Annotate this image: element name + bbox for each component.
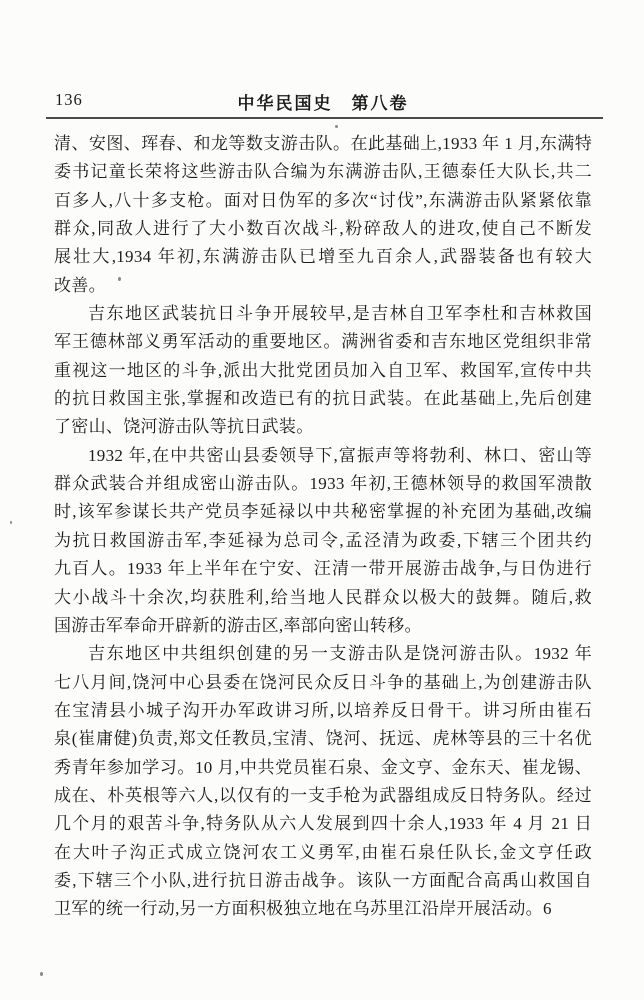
scan-speck [118,277,121,281]
text-line: 的抗日救国主张,掌握和改造已有的抗日武装。在此基础上,先后创建 [54,385,592,413]
text-line: 泉(崔庸健)负责,郑文任教员,宝清、饶河、抚远、虎林等县的三十名优 [54,725,592,753]
text-line: 为抗日救国游击军,李延禄为总司令,孟泾清为政委,下辖三个团共约 [54,527,592,555]
running-title: 中华民国史 第八卷 [54,89,592,114]
text-line: 清、安图、珲春、和龙等数支游击队。在此基础上,1933 年 1 月,东满特 [54,130,592,158]
text-line: 群众,同敌人进行了大小数百次战斗,粉碎敌人的进攻,使自己不断发 [54,215,592,243]
text-line: 吉东地区中共组织创建的另一支游击队是饶河游击队。1932 年 [54,640,592,668]
text-line: 秀青年参加学习。10 月,中共党员崔石泉、金文亨、金东天、崔龙锡、许 [54,754,592,782]
text-line: 展壮大,1934 年初,东满游击队已增至九百余人,武器装备也有较大 [54,243,592,271]
scan-speck [335,125,338,128]
text-line: 吉东地区武装抗日斗争开展较早,是吉林自卫军李杜和吉林救国 [54,300,592,328]
text-line: 百多人,八十多支枪。面对日伪军的多次“讨伐”,东满游击队紧紧依靠 [54,187,592,215]
text-line: 时,该军参谋长共产党员李延禄以中共秘密掌握的补充团为基础,改编 [54,498,592,526]
page-header: 136 中华民国史 第八卷 [54,89,592,113]
scanned-book-page: 136 中华民国史 第八卷 清、安图、珲春、和龙等数支游击队。在此基础上,193… [0,0,644,1000]
text-line: 委,下辖三个小队,进行抗日游击战争。该队一方面配合高禹山救国自 [54,867,592,895]
body-text: 清、安图、珲春、和龙等数支游击队。在此基础上,1933 年 1 月,东满特委书记… [54,130,592,924]
header-rule [46,117,603,119]
text-line: 重视这一地区的斗争,派出大批党团员加入自卫军、救国军,宣传中共 [54,357,592,385]
text-line: 在大叶子沟正式成立饶河农工义勇军,由崔石泉任队长,金文亨任政 [54,839,592,867]
text-line: 国游击军奉命开辟新的游击区,率部向密山转移。 [54,612,592,640]
text-line: 委书记童长荣将这些游击队合编为东满游击队,王德泰任大队长,共二 [54,158,592,186]
text-line: 群众武装合并组成密山游击队。1933 年初,王德林领导的救国军溃散 [54,470,592,498]
text-line: 改善。 [54,272,592,300]
text-line: 大小战斗十余次,均获胜利,给当地人民群众以极大的鼓舞。随后,救 [54,584,592,612]
text-line: 成在、朴英根等六人,以仅有的一支手枪为武器组成反日特务队。经过 [54,782,592,810]
text-line: 在宝清县小城子沟开办军政讲习所,以培养反日骨干。讲习所由崔石 [54,697,592,725]
text-line: 九百人。1933 年上半年在宁安、汪清一带开展游击战争,与日伪进行 [54,555,592,583]
text-line: 七八月间,饶河中心县委在饶河民众反日斗争的基础上,为创建游击队 [54,669,592,697]
text-line: 了密山、饶河游击队等抗日武装。 [54,413,592,441]
text-line: 几个月的艰苦斗争,特务队从六人发展到四十余人,1933 年 4 月 21 日 [54,810,592,838]
text-line: 军王德林部义勇军活动的重要地区。满洲省委和吉东地区党组织非常 [54,328,592,356]
scan-speck [40,972,43,976]
scan-speck [10,521,12,524]
text-line: 1932 年,在中共密山县委领导下,富振声等将勃利、林口、密山等 [54,442,592,470]
text-line: 卫军的统一行动,另一方面积极独立地在乌苏里江沿岸开展活动。6 [54,895,592,923]
